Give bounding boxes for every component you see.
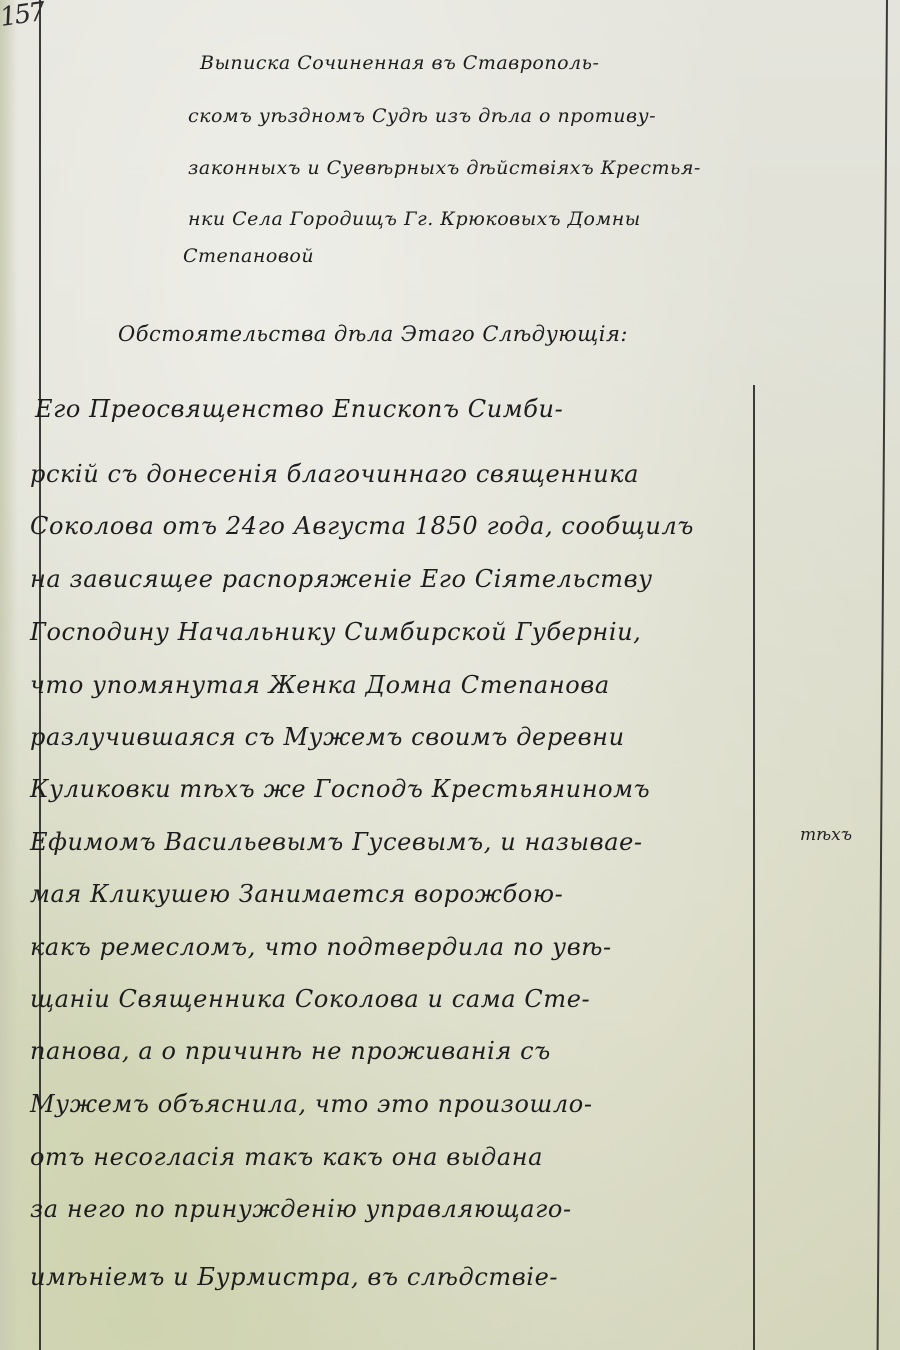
body-line: щаніи Священника Соколова и сама Сте- — [30, 985, 590, 1013]
body-line: за него по принужденію управляющаго- — [30, 1195, 572, 1223]
heading-line: нки Села Городищъ Гг. Крюковыхъ Домны — [188, 208, 641, 230]
heading-line: Выписка Сочиненная въ Ставрополь- — [200, 52, 599, 74]
body-line: на зависящее распоряженіе Его Сіятельств… — [30, 565, 653, 593]
right-text-block-rule — [753, 385, 755, 1350]
body-line: Господину Начальнику Симбирской Губерніи… — [30, 618, 641, 646]
heading-line: Степановой — [183, 245, 314, 267]
body-line: что упомянутая Женка Домна Степанова — [30, 671, 610, 699]
heading-line: скомъ уѣздномъ Судѣ изъ дѣла о противу- — [188, 105, 656, 127]
margin-note: тѣхъ — [800, 825, 852, 845]
body-line: панова, а о причинѣ не проживанія съ — [30, 1037, 551, 1065]
body-line: рскій съ донесенія благочиннаго священни… — [30, 460, 639, 488]
subheading: Обстоятельства дѣла Этаго Слѣдующія: — [118, 322, 628, 346]
body-line: какъ ремесломъ, что подтвердила по увѣ- — [30, 933, 612, 961]
right-outer-rule — [877, 0, 888, 1350]
body-line: Его Преосвященство Епископъ Симби- — [35, 395, 563, 423]
body-line: Ефимомъ Васильевымъ Гусевымъ, и называе- — [30, 828, 643, 856]
body-line: имѣніемъ и Бурмистра, въ слѣдствіе- — [30, 1263, 558, 1291]
page-edge-shadow — [0, 0, 18, 1350]
body-line: мая Кликушею Занимается ворожбою- — [30, 880, 563, 908]
heading-line: законныхъ и Суевѣрныхъ дѣйствіяхъ Кресть… — [188, 157, 701, 179]
body-line: Мужемъ объяснила, что это произошло- — [30, 1090, 593, 1118]
body-line: отъ несогласія такъ какъ она выдана — [30, 1143, 543, 1171]
body-line: Куликовки тѣхъ же Господъ Крестьяниномъ — [30, 775, 650, 803]
body-line: Соколова отъ 24го Августа 1850 года, соо… — [30, 512, 694, 540]
manuscript-page: 157 Выписка Сочиненная въ Ставрополь- ск… — [0, 0, 900, 1350]
body-line: разлучившаяся съ Мужемъ своимъ деревни — [30, 723, 625, 751]
